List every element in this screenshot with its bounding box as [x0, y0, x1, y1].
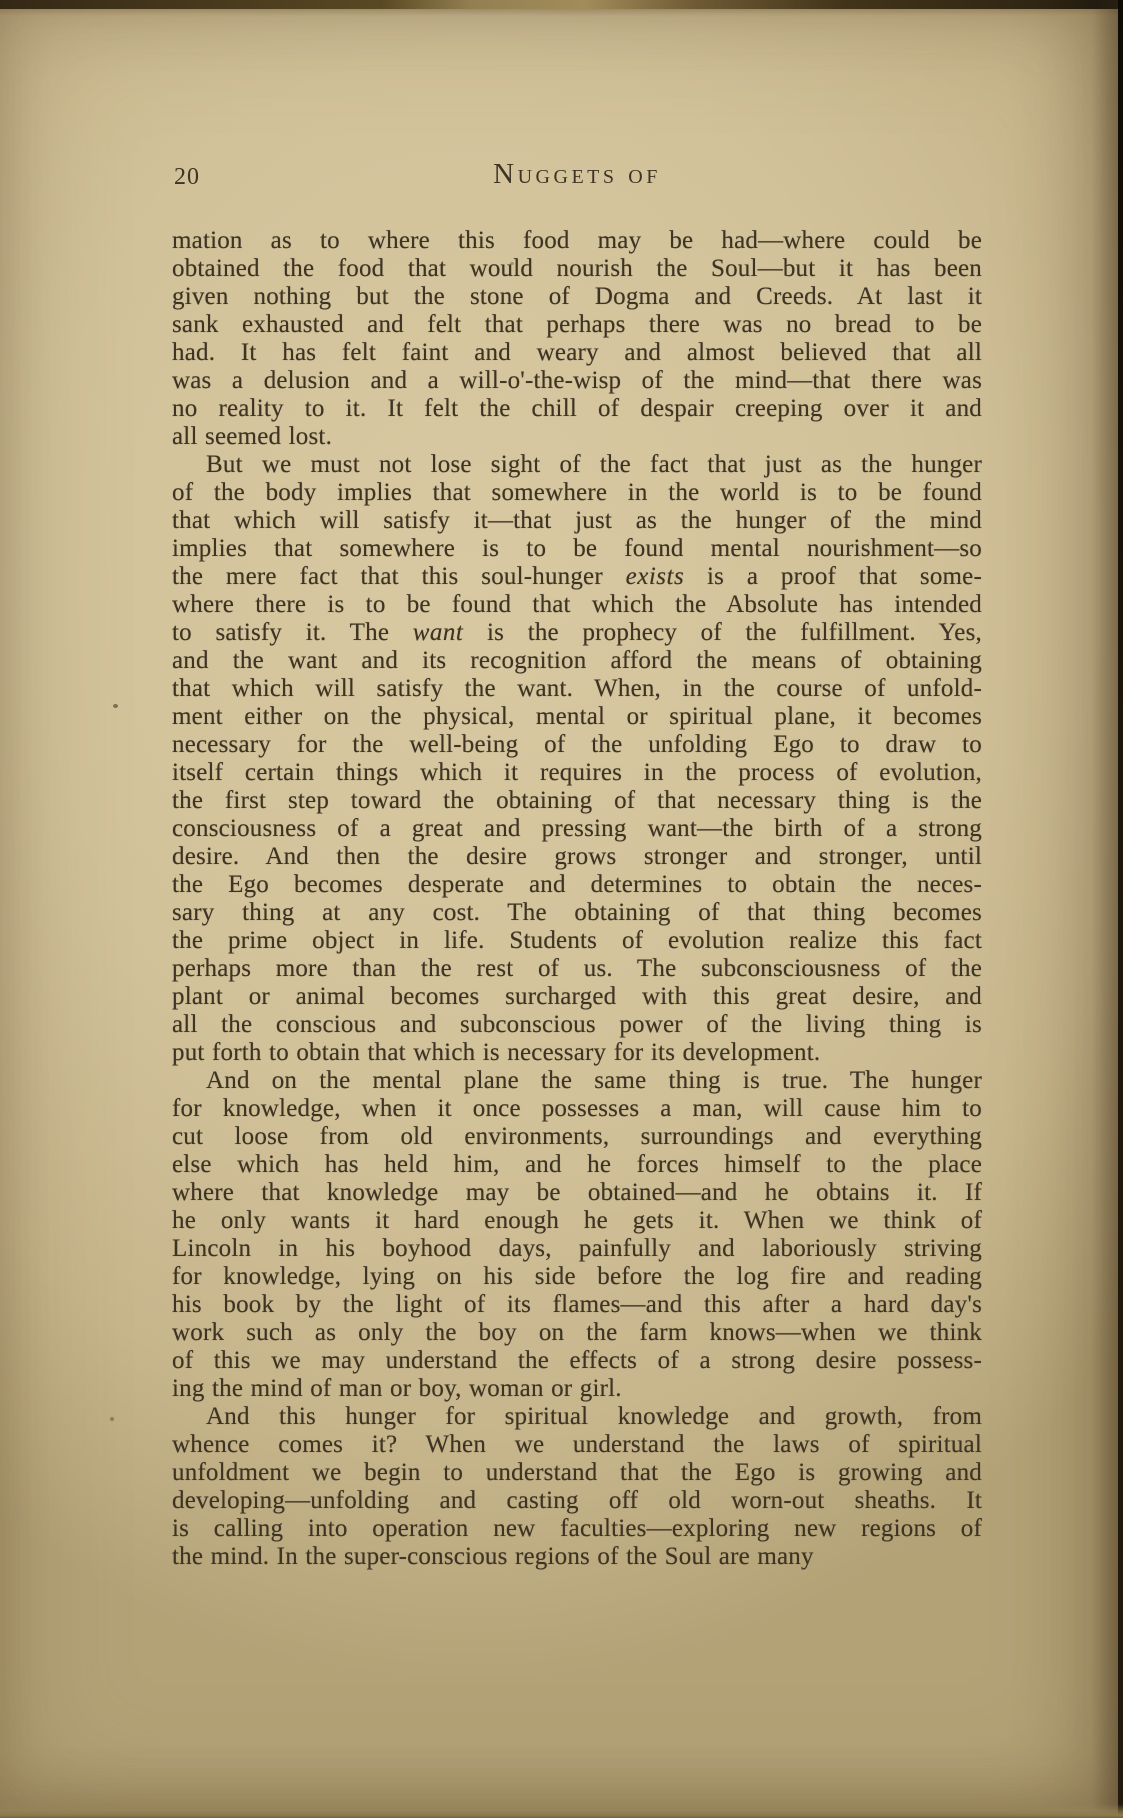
text-line: work such as only the boy on the farm kn… — [172, 1319, 982, 1347]
text-line: developing—unfolding and casting off old… — [172, 1487, 982, 1515]
text-line: unfoldment we begin to understand that t… — [172, 1459, 982, 1487]
book-page-scan: 20 Nuggets of mation as to where this fo… — [0, 0, 1123, 1818]
paper-speck — [113, 704, 118, 708]
text-line: ing the mind of man or boy, woman or gir… — [172, 1375, 982, 1403]
text-line: had. It has felt faint and weary and alm… — [172, 339, 982, 367]
page-content: 20 Nuggets of mation as to where this fo… — [172, 158, 982, 194]
text-line: cut loose from old environments, surroun… — [172, 1123, 982, 1151]
text-line: where there is to be found that which th… — [172, 591, 982, 619]
text-line: was a delusion and a will-o'-the-wisp of… — [172, 367, 982, 395]
text-line: the Ego becomes desperate and determines… — [172, 871, 982, 899]
text-line: all the conscious and subconscious power… — [172, 1011, 982, 1039]
text-line: that which will satisfy it—that just as … — [172, 507, 982, 535]
running-title: Nuggets of — [172, 158, 982, 191]
text-line: desire. And then the desire grows strong… — [172, 843, 982, 871]
text-line: the first step toward the obtaining of t… — [172, 787, 982, 815]
scan-edge-right — [1118, 0, 1123, 1818]
text-line: put forth to obtain that which is necess… — [172, 1039, 982, 1067]
text-line: to satisfy it. The want is the prophecy … — [172, 619, 982, 647]
text-line: And this hunger for spiritual knowledge … — [172, 1403, 982, 1431]
text-line: And on the mental plane the same thing i… — [172, 1067, 982, 1095]
page-header: 20 Nuggets of — [172, 158, 982, 194]
paragraph: And this hunger for spiritual knowledge … — [172, 1403, 982, 1571]
text-line: the mind. In the super-conscious regions… — [172, 1543, 982, 1571]
text-line: Lincoln in his boyhood days, painfully a… — [172, 1235, 982, 1263]
text-line: that which will satisfy the want. When, … — [172, 675, 982, 703]
text-line: ment either on the physical, mental or s… — [172, 703, 982, 731]
text-line: where that knowledge may be obtained—and… — [172, 1179, 982, 1207]
text-line: his book by the light of its flames—and … — [172, 1291, 982, 1319]
text-line: whence comes it? When we understand the … — [172, 1431, 982, 1459]
text-line: the prime object in life. Students of ev… — [172, 927, 982, 955]
paragraph: mation as to where this food may be had—… — [172, 227, 982, 451]
text-line: But we must not lose sight of the fact t… — [172, 451, 982, 479]
text-line: mation as to where this food may be had—… — [172, 227, 982, 255]
text-line: sank exhausted and felt that perhaps the… — [172, 311, 982, 339]
text-line: perhaps more than the rest of us. The su… — [172, 955, 982, 983]
scan-edge-bottom — [0, 1804, 1123, 1818]
text-line: and the want and its recognition afford … — [172, 647, 982, 675]
text-line: of the body implies that somewhere in th… — [172, 479, 982, 507]
text-line: else which has held him, and he forces h… — [172, 1151, 982, 1179]
text-line: is calling into operation new faculties—… — [172, 1515, 982, 1543]
text-line: implies that somewhere is to be found me… — [172, 535, 982, 563]
text-line: for knowledge, when it once possesses a … — [172, 1095, 982, 1123]
text-line: no reality to it. It felt the chill of d… — [172, 395, 982, 423]
scan-edge-right-shadow — [1092, 0, 1118, 1818]
scan-edge-top-shadow — [0, 9, 1123, 16]
paper-speck — [110, 1417, 114, 1421]
paragraph: And on the mental plane the same thing i… — [172, 1067, 982, 1403]
text-line: of this we may understand the effects of… — [172, 1347, 982, 1375]
text-line: all seemed lost. — [172, 423, 982, 451]
text-line: he only wants it hard enough he gets it.… — [172, 1207, 982, 1235]
text-line: given nothing but the stone of Dogma and… — [172, 283, 982, 311]
text-line: plant or animal becomes surcharged with … — [172, 983, 982, 1011]
text-line: sary thing at any cost. The obtaining of… — [172, 899, 982, 927]
text-line: necessary for the well-being of the unfo… — [172, 731, 982, 759]
scan-edge-top — [0, 0, 1123, 9]
body-text: mation as to where this food may be had—… — [172, 227, 982, 1571]
text-line: consciousness of a great and pressing wa… — [172, 815, 982, 843]
text-line: obtained the food that would nourish the… — [172, 255, 982, 283]
paragraph: But we must not lose sight of the fact t… — [172, 451, 982, 1067]
text-line: the mere fact that this soul-hunger exis… — [172, 563, 982, 591]
text-line: for knowledge, lying on his side before … — [172, 1263, 982, 1291]
text-line: itself certain things which it requires … — [172, 759, 982, 787]
